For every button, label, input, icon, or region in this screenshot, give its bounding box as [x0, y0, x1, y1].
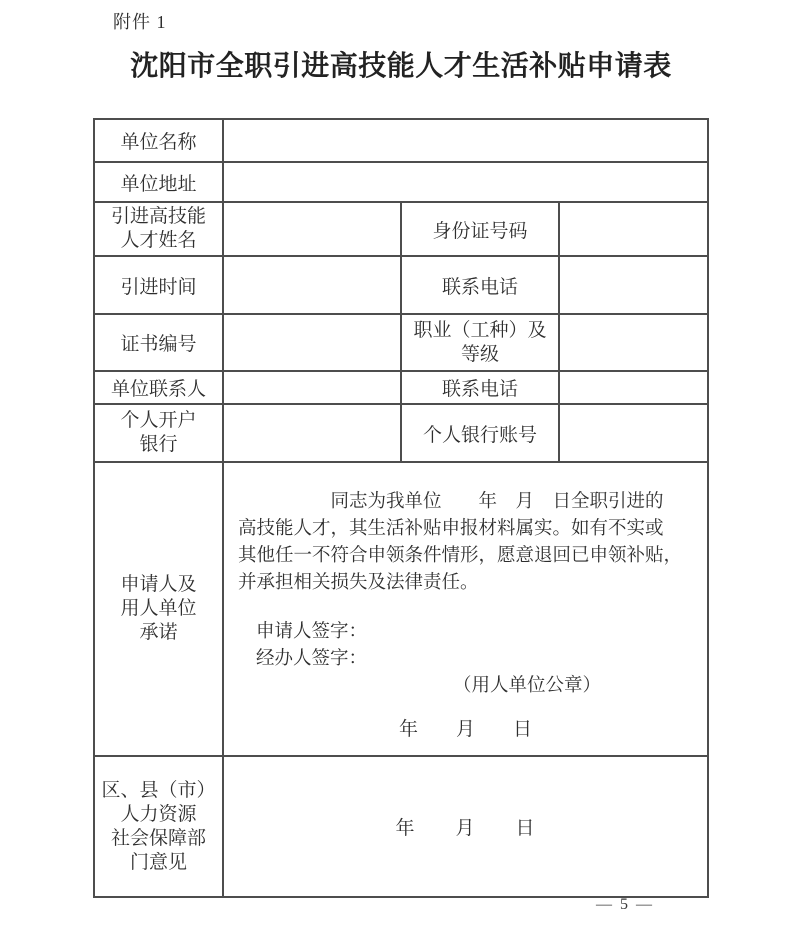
opinion-cell[interactable]: 年 月 日 — [223, 756, 708, 897]
commitment-date-blank[interactable]: 年 月 日 — [228, 716, 703, 743]
row-commitment: 申请人及 用人单位 承诺 同志为我单位 年 月 日全职引进的 高技能人才，其生活… — [94, 462, 708, 756]
opinion-date-blank[interactable]: 年 月 日 — [396, 818, 536, 839]
row-intro-time-phone: 引进时间 联系电话 — [94, 256, 708, 314]
row-talent-name-id: 引进高技能 人才姓名 身份证号码 — [94, 202, 708, 256]
applicant-signature-line[interactable]: 申请人签字： — [256, 619, 703, 646]
personal-bank-label: 个人开户 银行 — [94, 404, 223, 462]
cert-number-input-cell[interactable] — [223, 314, 401, 371]
unit-phone-input-cell[interactable] — [559, 371, 708, 404]
commitment-cell: 同志为我单位 年 月 日全职引进的 高技能人才，其生活补贴申报材料属实。如有不实… — [223, 462, 708, 756]
row-department-opinion: 区、县（市） 人力资源 社会保障部 门意见 年 月 日 — [94, 756, 708, 897]
application-form-table: 单位名称 单位地址 引进高技能 人才姓名 身份证号码 引进时间 联系电话 证书编… — [93, 118, 709, 898]
unit-name-input-cell[interactable] — [223, 119, 708, 162]
occupation-level-input-cell[interactable] — [559, 314, 708, 371]
unit-contact-label: 单位联系人 — [94, 371, 223, 404]
opinion-row-label: 区、县（市） 人力资源 社会保障部 门意见 — [94, 756, 223, 897]
id-number-input-cell[interactable] — [559, 202, 708, 256]
cert-number-label: 证书编号 — [94, 314, 223, 371]
row-unit-name: 单位名称 — [94, 119, 708, 162]
row-unit-contact-phone: 单位联系人 联系电话 — [94, 371, 708, 404]
unit-seal-label: （用人单位公章） — [453, 673, 703, 700]
talent-name-input-cell[interactable] — [223, 202, 401, 256]
unit-contact-input-cell[interactable] — [223, 371, 401, 404]
row-bank-account: 个人开户 银行 个人银行账号 — [94, 404, 708, 462]
page-title: 沈阳市全职引进高技能人才生活补贴申请表 — [0, 44, 802, 84]
talent-phone-input-cell[interactable] — [559, 256, 708, 314]
intro-time-input-cell[interactable] — [223, 256, 401, 314]
handler-signature-line[interactable]: 经办人签字： — [256, 646, 703, 673]
unit-address-label: 单位地址 — [94, 162, 223, 202]
page-number: — 5 — — [596, 896, 654, 914]
attachment-label: 附件 1 — [113, 8, 167, 34]
talent-phone-label: 联系电话 — [401, 256, 559, 314]
row-unit-address: 单位地址 — [94, 162, 708, 202]
personal-account-label: 个人银行账号 — [401, 404, 559, 462]
unit-name-label: 单位名称 — [94, 119, 223, 162]
unit-phone-label: 联系电话 — [401, 371, 559, 404]
unit-address-input-cell[interactable] — [223, 162, 708, 202]
personal-bank-input-cell[interactable] — [223, 404, 401, 462]
commitment-row-label: 申请人及 用人单位 承诺 — [94, 462, 223, 756]
personal-account-input-cell[interactable] — [559, 404, 708, 462]
document-page: 附件 1 沈阳市全职引进高技能人才生活补贴申请表 单位名称 单位地址 引进高技能… — [0, 0, 802, 932]
commitment-paragraph: 同志为我单位 年 月 日全职引进的 高技能人才，其生活补贴申报材料属实。如有不实… — [228, 475, 703, 597]
talent-name-label: 引进高技能 人才姓名 — [94, 202, 223, 256]
id-number-label: 身份证号码 — [401, 202, 559, 256]
row-cert-occupation: 证书编号 职业（工种）及 等级 — [94, 314, 708, 371]
intro-time-label: 引进时间 — [94, 256, 223, 314]
occupation-level-label: 职业（工种）及 等级 — [401, 314, 559, 371]
